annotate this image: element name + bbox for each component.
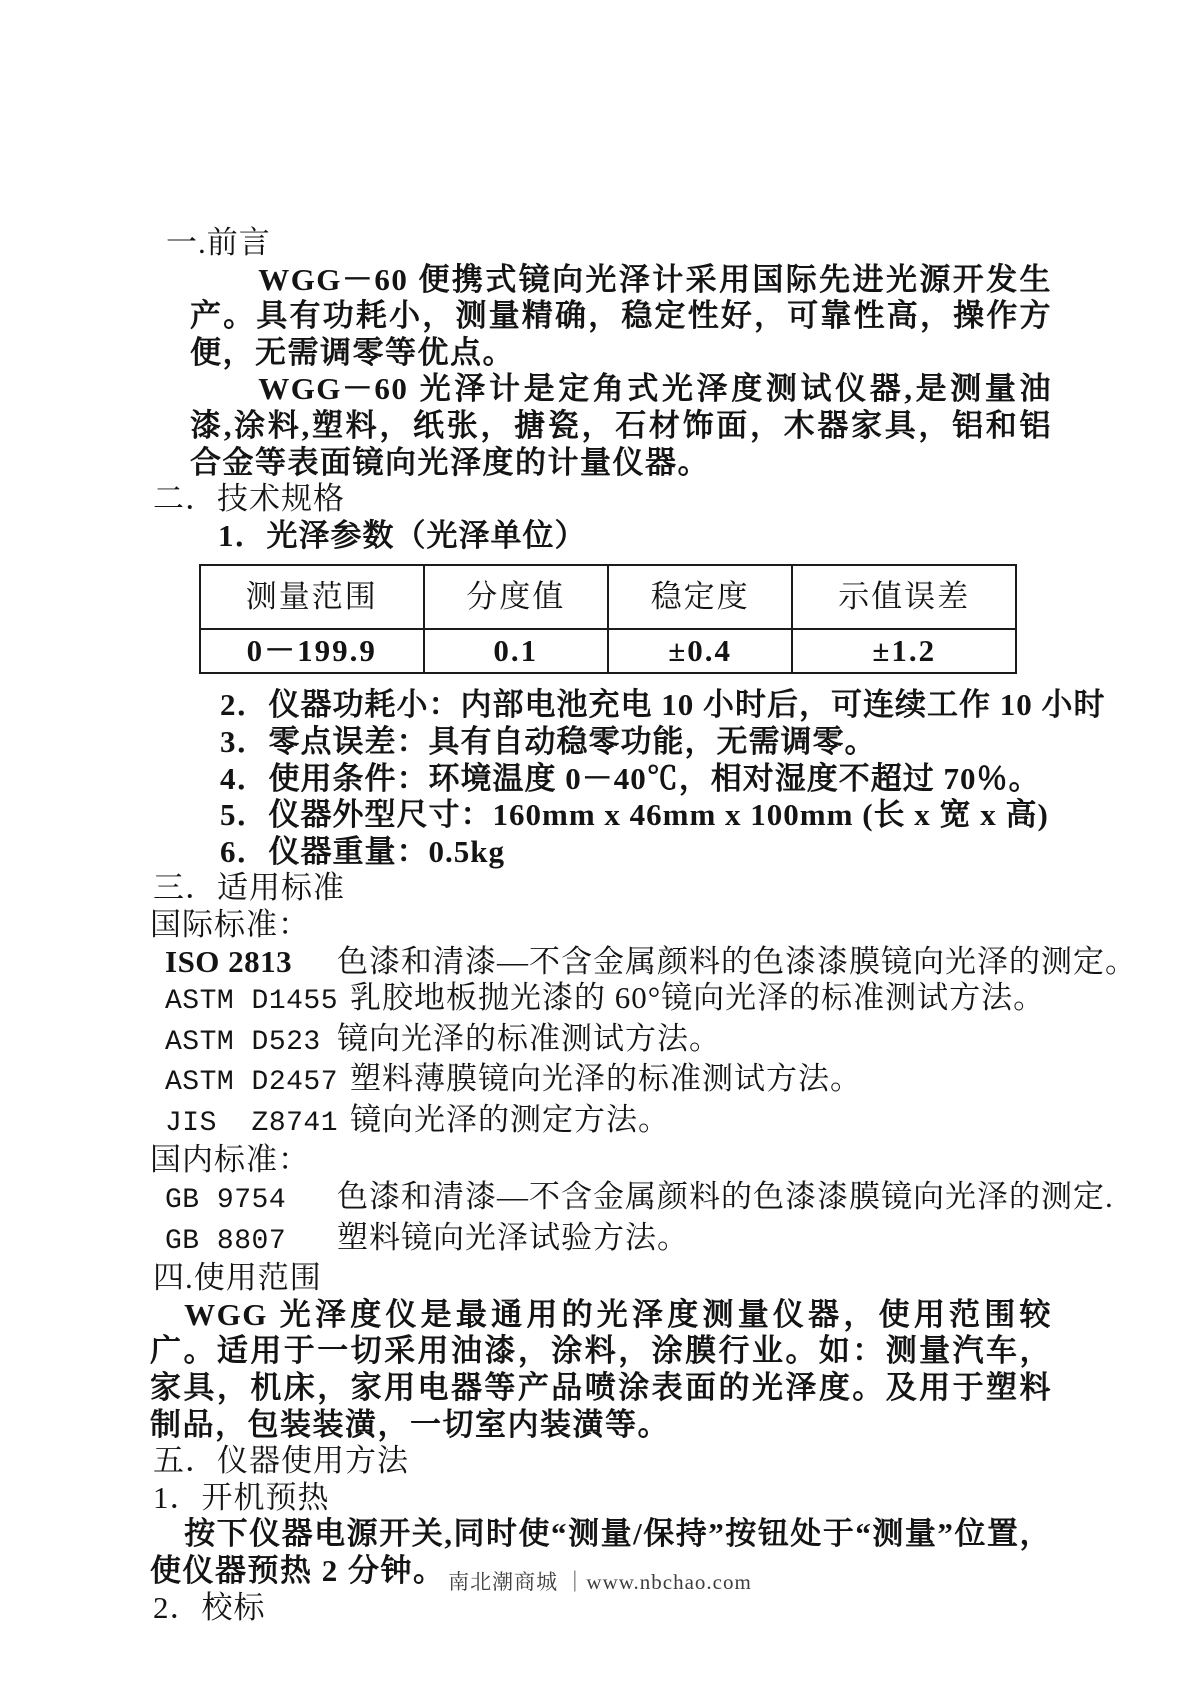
standard-description: 镜向光泽的标准测试方法。 <box>337 1021 721 1056</box>
standard-description: 塑料薄膜镜向光泽的标准测试方法。 <box>350 1061 862 1096</box>
standard-row-astm-d2457: ASTM D2457塑料薄膜镜向光泽的标准测试方法。 <box>165 1061 1052 1102</box>
standard-description: 乳胶地板抛光漆的 60°镜向光泽的标准测试方法。 <box>350 980 1045 1015</box>
footer-site-credit: 南北潮商城 ｜www.nbchao.com <box>0 1566 1200 1596</box>
spec-item-dimensions: 5．仪器外型尺寸：160mm x 46mm x 100mm (长 x 宽 x 高… <box>220 797 1052 834</box>
section-heading-preface: 一.前言 <box>166 225 1052 262</box>
standard-description: 色漆和清漆—不含金属颜料的色漆漆膜镜向光泽的测定。 <box>337 944 1137 979</box>
standard-code: ASTM D1455 <box>165 984 338 1021</box>
standard-description: 色漆和清漆—不含金属颜料的色漆漆膜镜向光泽的测定. <box>337 1179 1114 1214</box>
gloss-parameter-table: 测量范围 分度值 稳定度 示值误差 0－199.9 0.1 ±0.4 ±1.2 <box>199 564 1017 674</box>
table-value-row: 0－199.9 0.1 ±0.4 ±1.2 <box>200 629 1016 673</box>
standard-code: JIS Z8741 <box>165 1106 338 1143</box>
table-header-row: 测量范围 分度值 稳定度 示值误差 <box>200 565 1016 629</box>
spec-item-conditions: 4．使用条件：环境温度 0－40℃，相对湿度不超过 70％。 <box>220 761 1052 798</box>
standard-code: ASTM D523 <box>165 1025 325 1062</box>
standard-description: 塑料镜向光泽试验方法。 <box>337 1220 689 1255</box>
standard-row-gb8807: GB 8807塑料镜向光泽试验方法。 <box>165 1220 1052 1261</box>
table-value-range: 0－199.9 <box>200 629 424 673</box>
standard-description: 镜向光泽的测定方法。 <box>350 1102 670 1137</box>
table-header-division: 分度值 <box>424 565 608 629</box>
document-content: 一.前言 WGG－60 便携式镜向光泽计采用国际先进光源开发生产。具有功耗小，测… <box>0 0 1200 1626</box>
spec-item-weight: 6．仪器重量：0.5kg <box>220 834 1052 871</box>
section-heading-standards: 三．适用标准 <box>153 870 1052 907</box>
standard-code: GB 8807 <box>165 1224 325 1261</box>
usage-range-paragraph: WGG 光泽度仪是最通用的光泽度测量仪器，使用范围较广。适用于一切采用油漆，涂料… <box>150 1297 1052 1443</box>
table-value-stability: ±0.4 <box>608 629 792 673</box>
table-value-division: 0.1 <box>424 629 608 673</box>
section-heading-usage-range: 四.使用范围 <box>153 1260 1052 1297</box>
standard-row-astm-d1455: ASTM D1455乳胶地板抛光漆的 60°镜向光泽的标准测试方法。 <box>165 980 1052 1021</box>
standard-row-gb9754: GB 9754色漆和清漆—不含金属颜料的色漆漆膜镜向光泽的测定. <box>165 1179 1052 1220</box>
standard-row-iso2813: ISO 2813色漆和清漆—不含金属颜料的色漆漆膜镜向光泽的测定。 <box>165 944 1052 981</box>
table-value-error: ±1.2 <box>792 629 1016 673</box>
standard-row-astm-d523: ASTM D523镜向光泽的标准测试方法。 <box>165 1021 1052 1062</box>
usage-step1-label: 1．开机预热 <box>153 1480 1052 1517</box>
preface-paragraph-2: WGG－60 光泽计是定角式光泽度测试仪器,是测量油漆,涂料,塑料，纸张，搪瓷，… <box>190 371 1052 481</box>
standard-code: GB 9754 <box>165 1183 325 1220</box>
table-header-stability: 稳定度 <box>608 565 792 629</box>
table-header-range: 测量范围 <box>200 565 424 629</box>
standard-code: ISO 2813 <box>165 944 325 981</box>
document-page: 一.前言 WGG－60 便携式镜向光泽计采用国际先进光源开发生产。具有功耗小，测… <box>0 0 1200 1697</box>
standard-row-jis-z8741: JIS Z8741镜向光泽的测定方法。 <box>165 1102 1052 1143</box>
specs-sub1-label: 1．光泽参数（光泽单位） <box>218 518 1052 555</box>
spec-item-power: 2．仪器功耗小：内部电池充电 10 小时后，可连续工作 10 小时 <box>220 687 1052 724</box>
international-standards-label: 国际标准： <box>150 907 1052 944</box>
spec-item-zero-error: 3．零点误差：具有自动稳零功能，无需调零。 <box>220 724 1052 761</box>
standard-code: ASTM D2457 <box>165 1065 338 1102</box>
section-heading-usage-method: 五．仪器使用方法 <box>153 1443 1052 1480</box>
section-heading-specs: 二．技术规格 <box>153 481 1052 518</box>
domestic-standards-label: 国内标准： <box>150 1142 1052 1179</box>
table-header-error: 示值误差 <box>792 565 1016 629</box>
preface-paragraph-1: WGG－60 便携式镜向光泽计采用国际先进光源开发生产。具有功耗小，测量精确，稳… <box>190 262 1052 372</box>
